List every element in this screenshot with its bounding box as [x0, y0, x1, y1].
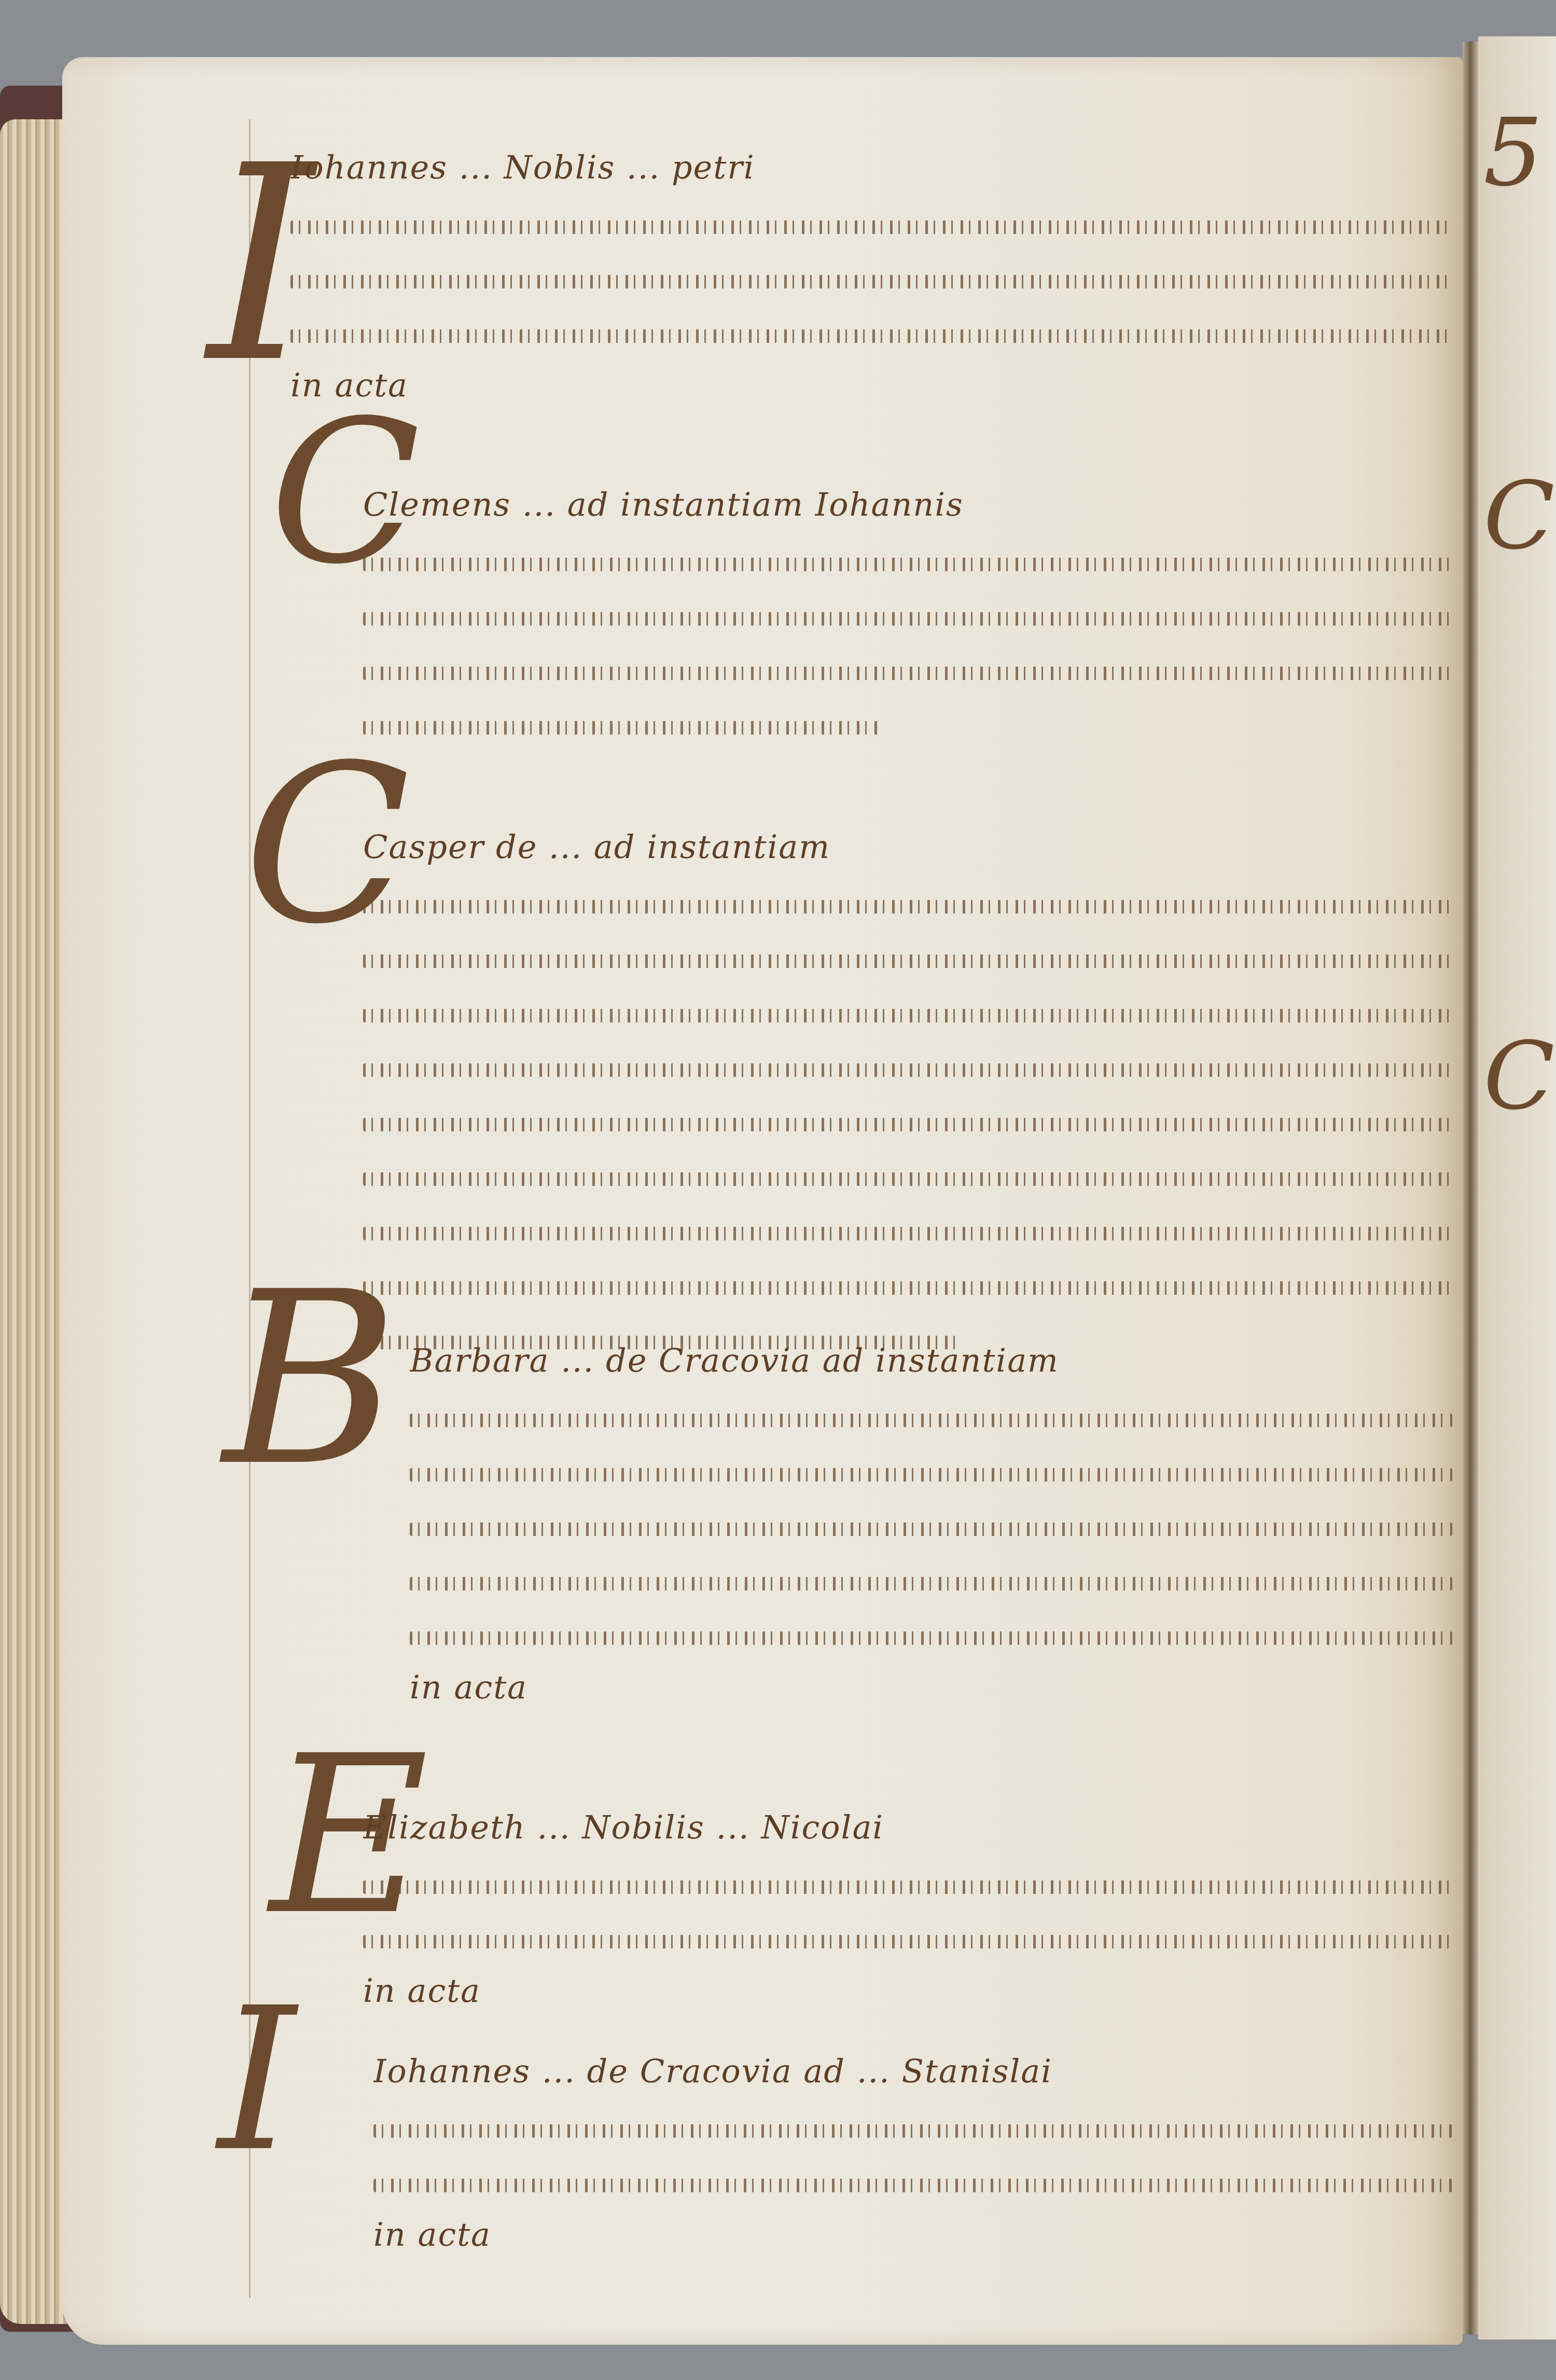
- book-gutter: [1463, 41, 1478, 2334]
- handwritten-line: [363, 983, 1452, 1037]
- register-entry: Casper de ... ad instantiam: [363, 820, 1452, 1364]
- handwritten-line: [363, 1201, 1452, 1255]
- facing-page-mark: C: [1483, 462, 1555, 570]
- handwritten-line: [363, 874, 1452, 929]
- register-entry: Iohannes ... de Cracovia ad ... Stanisla…: [373, 2044, 1452, 2262]
- entry-initial: I: [218, 1982, 296, 2179]
- handwritten-line: [373, 2153, 1452, 2207]
- handwritten-line: [373, 2098, 1452, 2153]
- facing-page-mark: C: [1483, 1022, 1555, 1130]
- handwritten-line: [363, 1037, 1452, 1092]
- handwritten-line: [363, 695, 882, 750]
- register-entry: Barbara ... de Cracovia ad instantiam in…: [410, 1333, 1452, 1714]
- handwritten-line: [363, 641, 1452, 695]
- page-stack-edge: [0, 119, 73, 2324]
- entry-closing: in acta: [290, 358, 1172, 412]
- entry-closing: in acta: [373, 2207, 944, 2262]
- handwritten-line: [363, 929, 1452, 983]
- register-entry: Clemens ... ad instantiam Iohannis: [363, 477, 1452, 750]
- handwritten-line: [410, 1388, 1452, 1442]
- handwritten-line: [410, 1497, 1452, 1551]
- handwritten-line: [363, 1255, 1452, 1310]
- entry-opening: Barbara ... de Cracovia ad instantiam: [410, 1333, 1452, 1388]
- handwritten-line: [363, 1092, 1452, 1146]
- entry-closing: in acta: [363, 1963, 1452, 2018]
- handwritten-line: [410, 1606, 1452, 1660]
- entry-opening: Clemens ... ad instantiam Iohannis: [363, 477, 1452, 532]
- entry-opening: Iohannes ... Noblis ... petri: [290, 140, 1452, 195]
- facing-page-mark: 5: [1483, 99, 1543, 207]
- facing-page: 5 C C: [1478, 36, 1556, 2340]
- handwritten-line: [290, 303, 1452, 358]
- handwritten-line: [290, 249, 1452, 303]
- handwritten-line: [410, 1551, 1452, 1606]
- handwritten-line: [363, 532, 1452, 586]
- entry-closing: in acta: [410, 1660, 1058, 1714]
- handwritten-line: [290, 195, 1452, 249]
- handwritten-line: [410, 1442, 1452, 1497]
- handwritten-line: [363, 1855, 1452, 1909]
- entry-opening: Iohannes ... de Cracovia ad ... Stanisla…: [373, 2044, 1452, 2098]
- handwritten-line: [363, 1146, 1452, 1201]
- handwritten-line: [363, 586, 1452, 641]
- entry-opening: Casper de ... ad instantiam: [363, 820, 1452, 874]
- handwritten-line: [363, 1909, 1452, 1963]
- register-entry: Iohannes ... Noblis ... petri in acta: [290, 140, 1452, 412]
- register-entry: Elizabeth ... Nobilis ... Nicolai in act…: [363, 1800, 1452, 2018]
- entry-opening: Elizabeth ... Nobilis ... Nicolai: [363, 1800, 1452, 1855]
- entry-initial: B: [223, 1261, 398, 1499]
